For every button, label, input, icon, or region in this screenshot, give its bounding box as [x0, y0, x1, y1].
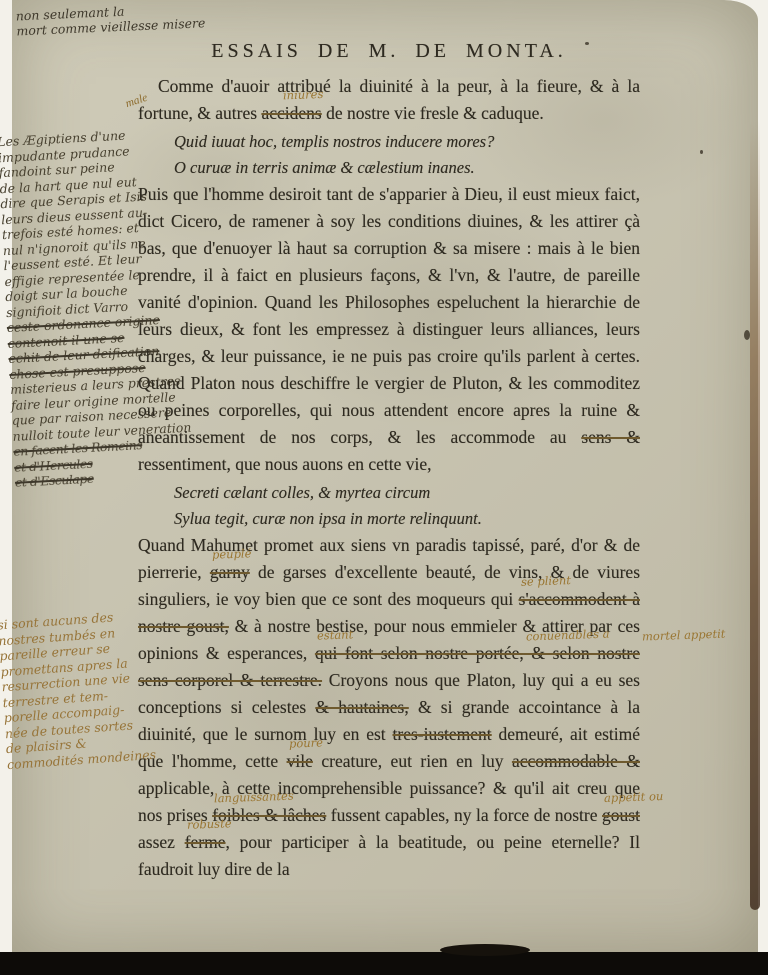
interline-handwritten-correction: robuste [187, 818, 232, 831]
interline-handwritten-correction: mortel appetit [642, 629, 726, 643]
interline-handwritten-correction: languissantes [214, 791, 294, 805]
body-paragraph: Quand Mahumet promet aux siens vn paradi… [138, 532, 640, 883]
body-paragraph: Puis que l'homme desiroit tant de s'appa… [138, 181, 640, 478]
running-header: ESSAIS DE M. DE MONTA. [138, 40, 640, 63]
photo-backing-edge [0, 952, 768, 975]
interline-handwritten-correction: conuenables a [526, 629, 610, 643]
struck-print-segment: qui font selon nostre portée,estant [315, 643, 524, 663]
struck-print-segment: accidensiniures [261, 103, 321, 123]
interline-handwritten-correction: peuplé [212, 548, 252, 560]
print-segment: Puis que l'homme desiroit tant de s'appa… [138, 184, 640, 447]
print-segment: de nostre vie fresle & caduque. [322, 103, 544, 123]
interline-handwritten-correction: appetit ou [604, 791, 664, 804]
struck-print-segment: & hautaines, [315, 697, 408, 717]
print-segment: ressentiment, que nous auons en cette vi… [138, 454, 432, 474]
print-segment: assez [138, 832, 185, 852]
latin-quote-line: Sylua tegit, curæ non ipsa in morte reli… [174, 506, 640, 531]
interline-handwritten-correction: estant [317, 629, 354, 641]
struck-print-segment: vilepoure [287, 751, 313, 771]
struck-print-segment: tres-iustement [393, 724, 492, 744]
ink-speck [585, 42, 589, 45]
struck-print-segment: fermerobuste [185, 832, 226, 852]
struck-print-segment: goustappetit ou [602, 805, 640, 825]
ink-speck [700, 150, 703, 154]
scanned-book-page-photo: non seulemant lamort comme vieillesse mi… [0, 0, 768, 975]
struck-print-segment: sens corporel & terrestre.mortel appetit [138, 670, 322, 690]
printed-text-column: ESSAIS DE M. DE MONTA. maleComme d'auoir… [138, 40, 640, 885]
struck-print-segment: accommodable & [512, 751, 640, 771]
struck-print-segment: sens & [581, 427, 640, 447]
interline-handwritten-correction: poure [288, 737, 322, 749]
interline-handwritten-correction: iniures [263, 89, 324, 102]
body-paragraph: maleComme d'auoir attribué la diuinité à… [138, 73, 640, 127]
struck-print-segment: garnypeuplé [210, 562, 250, 582]
latin-quote-line: Secreti cælant colles, & myrtea circum [174, 480, 640, 505]
struck-print-segment: & selon nostreconuenables a [524, 643, 640, 663]
margin-note-resurrection: si sont aucuns desnostres tumbés enparei… [0, 607, 159, 772]
latin-quote-line: Quid iuuat hoc, templis nostros inducere… [174, 129, 640, 154]
print-segment: fussent capables, ny la force de nostre [326, 805, 602, 825]
print-segment: creature, eut rien en luy [313, 751, 512, 771]
ink-speck [744, 330, 750, 340]
body-text: maleComme d'auoir attribué la diuinité à… [138, 73, 640, 883]
latin-quote-line: O curuæ in terris animæ & cælestium inan… [174, 155, 640, 180]
interline-handwritten-correction: se plient [520, 575, 570, 588]
